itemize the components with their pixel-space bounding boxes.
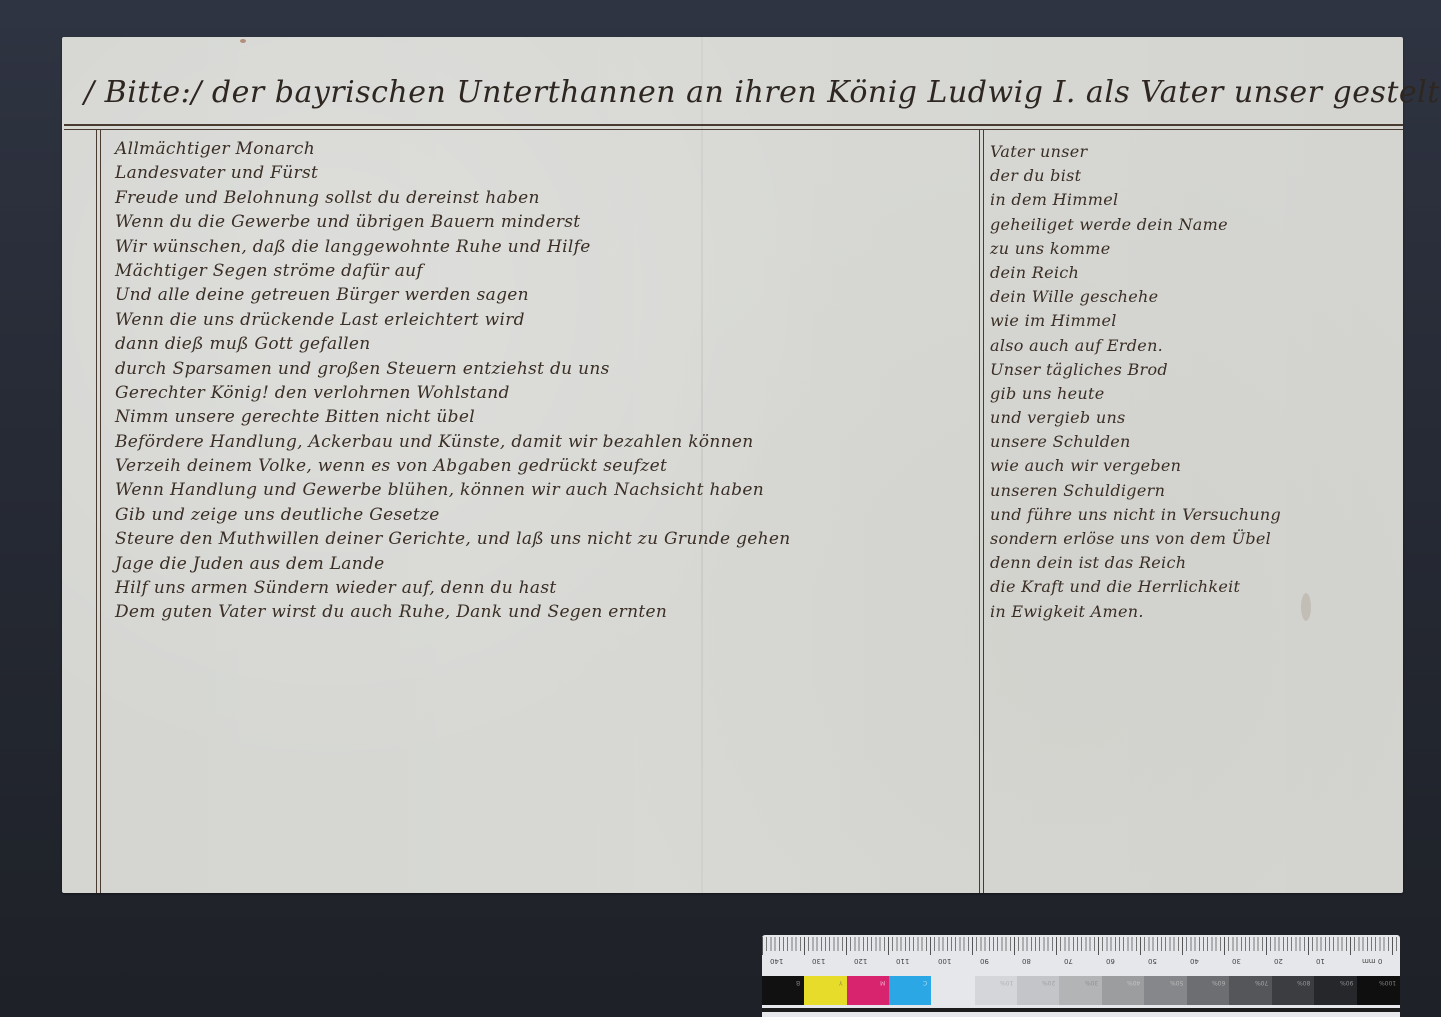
- petition-line: Wenn du die Gewerbe und übrigen Bauern m…: [115, 210, 975, 234]
- petition-line: Und alle deine getreuen Bürger werden sa…: [115, 283, 975, 307]
- prayer-line: sondern erlöse uns von dem Übel: [990, 527, 1390, 551]
- ruler-label: 110: [896, 957, 909, 965]
- ruler-label: 120: [854, 957, 867, 965]
- gray-patch-20: 20%: [1017, 976, 1059, 1005]
- ruler-major-ticks: [762, 937, 1400, 955]
- prayer-line: der du bist: [990, 164, 1390, 188]
- color-calibration-target: 140 130 120 110 100 90 80 70 60 50 40 30…: [762, 935, 1400, 1017]
- prayer-line: dein Reich: [990, 261, 1390, 285]
- ruler-labels: 140 130 120 110 100 90 80 70 60 50 40 30…: [762, 957, 1400, 969]
- ruler-label: 10: [1316, 957, 1325, 965]
- mm-ruler: 140 130 120 110 100 90 80 70 60 50 40 30…: [762, 935, 1400, 971]
- ruler-label: 0 mm: [1362, 957, 1382, 965]
- ruler-label: 80: [1022, 957, 1031, 965]
- document-title: / Bitte:/ der bayrischen Unterthannen an…: [84, 75, 1384, 115]
- ruler-label: 50: [1148, 957, 1157, 965]
- ruler-label: 20: [1274, 957, 1283, 965]
- gray-patch-40: 40%: [1102, 976, 1144, 1005]
- prayer-line: geheiliget werde dein Name: [990, 213, 1390, 237]
- petition-line: Verzeih deinem Volke, wenn es von Abgabe…: [115, 454, 975, 478]
- petition-line: Dem guten Vater wirst du auch Ruhe, Dank…: [115, 600, 975, 624]
- title-double-rule: [64, 124, 1403, 130]
- prayer-line: also auch auf Erden.: [990, 334, 1390, 358]
- patch-yellow: Y: [804, 976, 847, 1005]
- petition-line: Wenn die uns drückende Last erleichtert …: [115, 308, 975, 332]
- ruler-label: 70: [1064, 957, 1073, 965]
- gray-patch-30: 30%: [1059, 976, 1102, 1005]
- petition-line: Mächtiger Segen ströme dafür auf: [115, 259, 975, 283]
- ruler-label: 40: [1190, 957, 1199, 965]
- ruler-label: 130: [812, 957, 825, 965]
- gray-patch-90: 90%: [1314, 976, 1357, 1005]
- ink-stain: [240, 39, 246, 43]
- left-margin-rule: [96, 130, 101, 893]
- patch-black: B: [762, 976, 804, 1005]
- ruler-label: 100: [938, 957, 951, 965]
- ruler-label: 30: [1232, 957, 1241, 965]
- ruler-label: 60: [1106, 957, 1115, 965]
- lords-prayer-column: Vater unser der du bist in dem Himmel ge…: [990, 140, 1390, 624]
- prayer-line: denn dein ist das Reich: [990, 551, 1390, 575]
- petition-line: Allmächtiger Monarch: [115, 137, 975, 161]
- petition-line: Befördere Handlung, Ackerbau und Künste,…: [115, 430, 975, 454]
- petition-line: Jage die Juden aus dem Lande: [115, 552, 975, 576]
- color-patches: B Y M C 10% 20% 30% 40% 50% 60% 70% 80% …: [762, 976, 1400, 1005]
- petition-line: durch Sparsamen und großen Steuern entzi…: [115, 357, 975, 381]
- petition-line: Gerechter König! den verlohrnen Wohlstan…: [115, 381, 975, 405]
- gray-patch-100: 100%: [1357, 976, 1400, 1005]
- prayer-line: wie im Himmel: [990, 309, 1390, 333]
- prayer-line: und führe uns nicht in Versuchung: [990, 503, 1390, 527]
- prayer-line: in Ewigkeit Amen.: [990, 600, 1390, 624]
- gray-patch-80: 80%: [1272, 976, 1314, 1005]
- gray-patch-10: 10%: [975, 976, 1017, 1005]
- prayer-line: gib uns heute: [990, 382, 1390, 406]
- petition-line: Wir wünschen, daß die langgewohnte Ruhe …: [115, 235, 975, 259]
- column-divider-rule: [979, 130, 984, 893]
- petition-line: dann dieß muß Gott gefallen: [115, 332, 975, 356]
- prayer-line: Vater unser: [990, 140, 1390, 164]
- prayer-line: die Kraft und die Herrlichkeit: [990, 575, 1390, 599]
- document-page: / Bitte:/ der bayrischen Unterthannen an…: [62, 37, 1403, 893]
- prayer-line: und vergieb uns: [990, 406, 1390, 430]
- petition-line: Wenn Handlung und Gewerbe blühen, können…: [115, 478, 975, 502]
- calibration-bar: [762, 1008, 1400, 1012]
- petition-column: Allmächtiger Monarch Landesvater und Für…: [115, 137, 975, 625]
- prayer-line: in dem Himmel: [990, 188, 1390, 212]
- prayer-line: zu uns komme: [990, 237, 1390, 261]
- petition-line: Landesvater und Fürst: [115, 161, 975, 185]
- petition-line: Gib und zeige uns deutliche Gesetze: [115, 503, 975, 527]
- prayer-line: unseren Schuldigern: [990, 479, 1390, 503]
- gray-patch-50: 50%: [1144, 976, 1187, 1005]
- gray-patch-60: 60%: [1187, 976, 1229, 1005]
- patch-cyan: C: [889, 976, 931, 1005]
- ruler-label: 90: [980, 957, 989, 965]
- prayer-line: dein Wille geschehe: [990, 285, 1390, 309]
- petition-line: Nimm unsere gerechte Bitten nicht übel: [115, 405, 975, 429]
- prayer-line: Unser tägliches Brod: [990, 358, 1390, 382]
- prayer-line: unsere Schulden: [990, 430, 1390, 454]
- petition-line: Steure den Muthwillen deiner Gerichte, u…: [115, 527, 975, 551]
- patch-magenta: M: [847, 976, 889, 1005]
- ruler-label: 140: [770, 957, 783, 965]
- prayer-line: wie auch wir vergeben: [990, 454, 1390, 478]
- petition-line: Freude und Belohnung sollst du dereinst …: [115, 186, 975, 210]
- petition-line: Hilf uns armen Sündern wieder auf, denn …: [115, 576, 975, 600]
- gray-patch-70: 70%: [1229, 976, 1272, 1005]
